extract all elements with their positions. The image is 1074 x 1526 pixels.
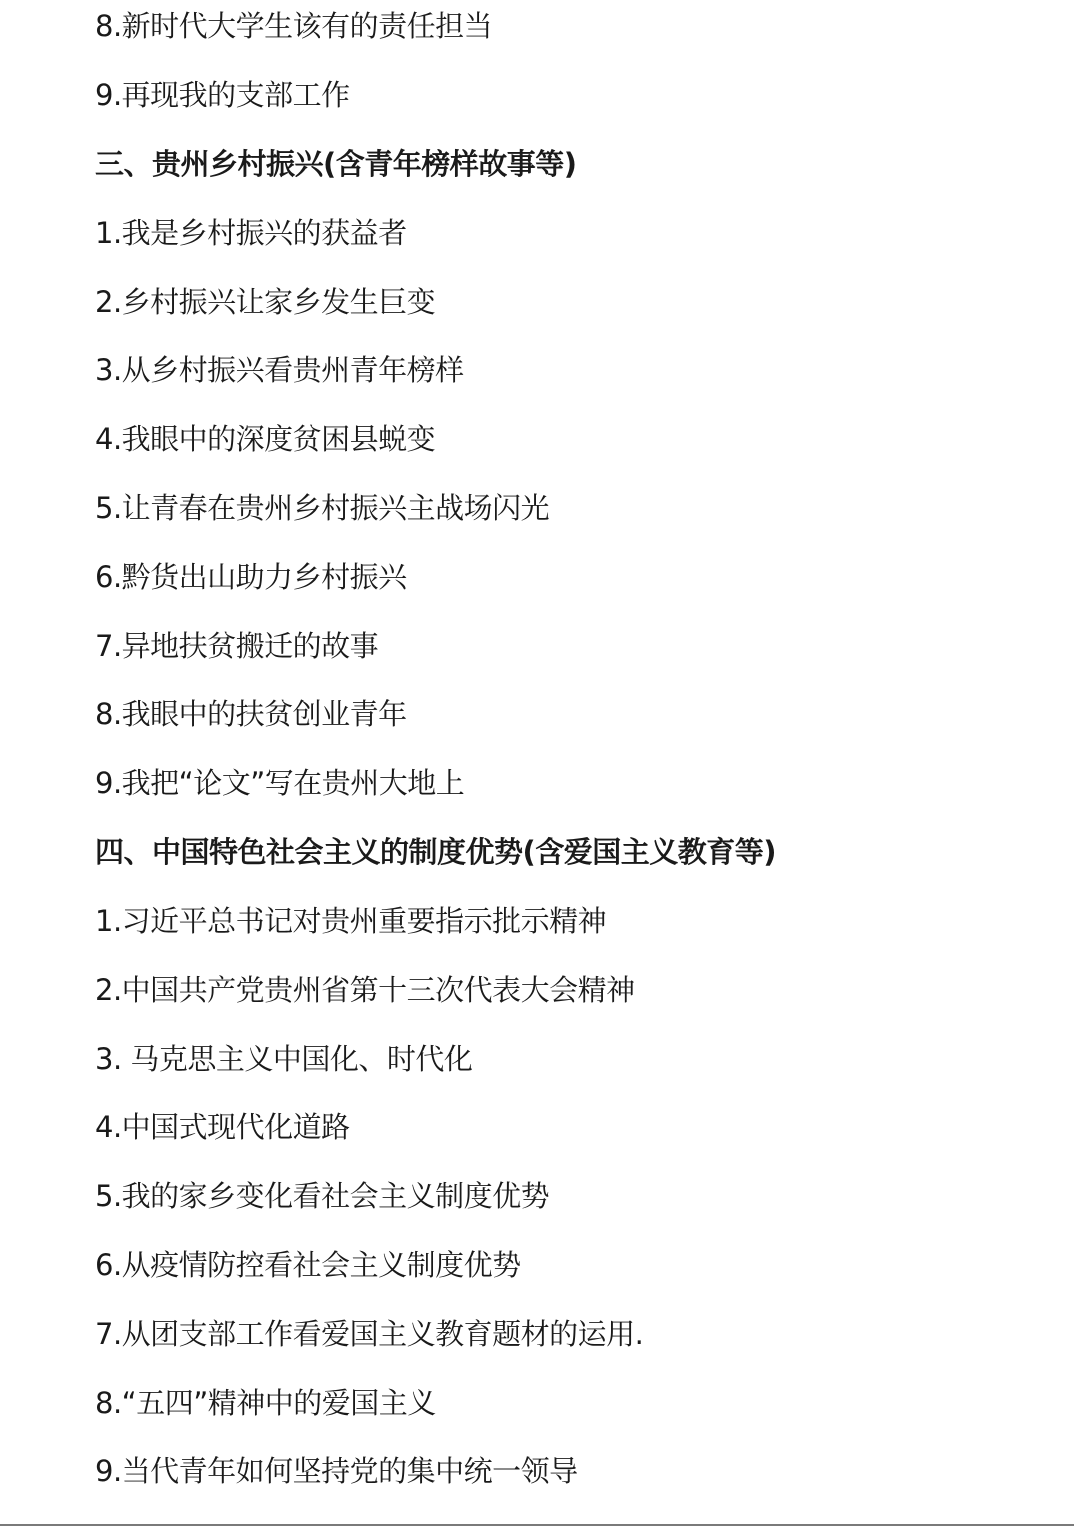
list-item: 9.再现我的支部工作 xyxy=(95,77,350,113)
list-item: 7.从团支部工作看爱国主义教育题材的运用. xyxy=(95,1316,643,1352)
list-item: 8.新时代大学生该有的责任担当 xyxy=(95,8,492,44)
list-item: 1.我是乡村振兴的获益者 xyxy=(95,215,407,251)
list-item: 3.从乡村振兴看贵州青年榜样 xyxy=(95,352,464,388)
list-item: 8.我眼中的扶贫创业青年 xyxy=(95,696,407,732)
list-item: 8.“五四”精神中的爱国主义 xyxy=(95,1385,436,1421)
list-item: 5.我的家乡变化看社会主义制度优势 xyxy=(95,1178,549,1214)
section-heading: 三、贵州乡村振兴(含青年榜样故事等) xyxy=(95,146,577,182)
list-item: 2.中国共产党贵州省第十三次代表大会精神 xyxy=(95,972,635,1008)
list-item: 9.我把“论文”写在贵州大地上 xyxy=(95,765,464,801)
list-item: 7.异地扶贫搬迁的故事 xyxy=(95,628,378,664)
list-item: 4.中国式现代化道路 xyxy=(95,1109,350,1145)
list-item: 1.习近平总书记对贵州重要指示批示精神 xyxy=(95,903,606,939)
list-item: 6.从疫情防控看社会主义制度优势 xyxy=(95,1247,521,1283)
section-heading: 四、中国特色社会主义的制度优势(含爱国主义教育等) xyxy=(95,834,776,870)
list-item: 5.让青春在贵州乡村振兴主战场闪光 xyxy=(95,490,549,526)
list-item: 2.乡村振兴让家乡发生巨变 xyxy=(95,284,435,320)
list-item: 3. 马克思主义中国化、时代化 xyxy=(95,1041,472,1077)
list-item: 4.我眼中的深度贫困县蜕变 xyxy=(95,421,435,457)
list-item: 9.当代青年如何坚持党的集中统一领导 xyxy=(95,1453,578,1489)
list-item: 6.黔货出山助力乡村振兴 xyxy=(95,559,407,595)
